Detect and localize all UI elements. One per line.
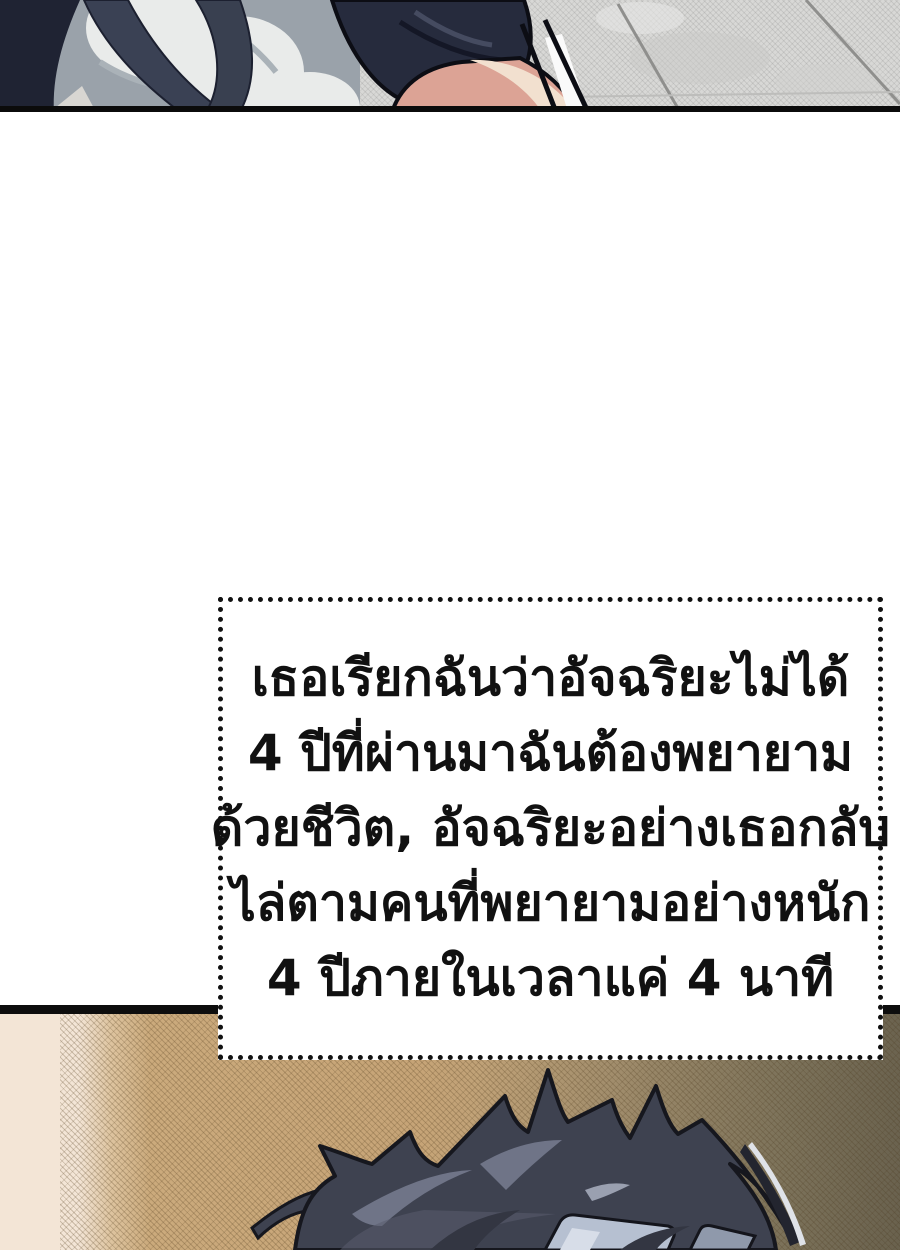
manga-page: เธอเรียกฉันว่าอัจฉริยะไม่ได้ 4 ปีที่ผ่าน…	[0, 0, 900, 1250]
top-panel-illustration	[0, 0, 900, 112]
narration-line: เธอเรียกฉันว่าอัจฉริยะไม่ได้	[252, 641, 850, 716]
panel-top-artwork	[0, 0, 900, 112]
narration-line: 4 ปีภายในเวลาแค่ 4 นาที	[267, 941, 834, 1016]
narration-line: ไล่ตามคนที่พยายามอย่างหนัก	[231, 866, 871, 941]
narration-box: เธอเรียกฉันว่าอัจฉริยะไม่ได้ 4 ปีที่ผ่าน…	[218, 597, 883, 1060]
narration-line: ด้วยชีวิต, อัจฉริยะอย่างเธอกลับ	[211, 791, 890, 866]
narration-line: 4 ปีที่ผ่านมาฉันต้องพยายาม	[248, 716, 853, 791]
